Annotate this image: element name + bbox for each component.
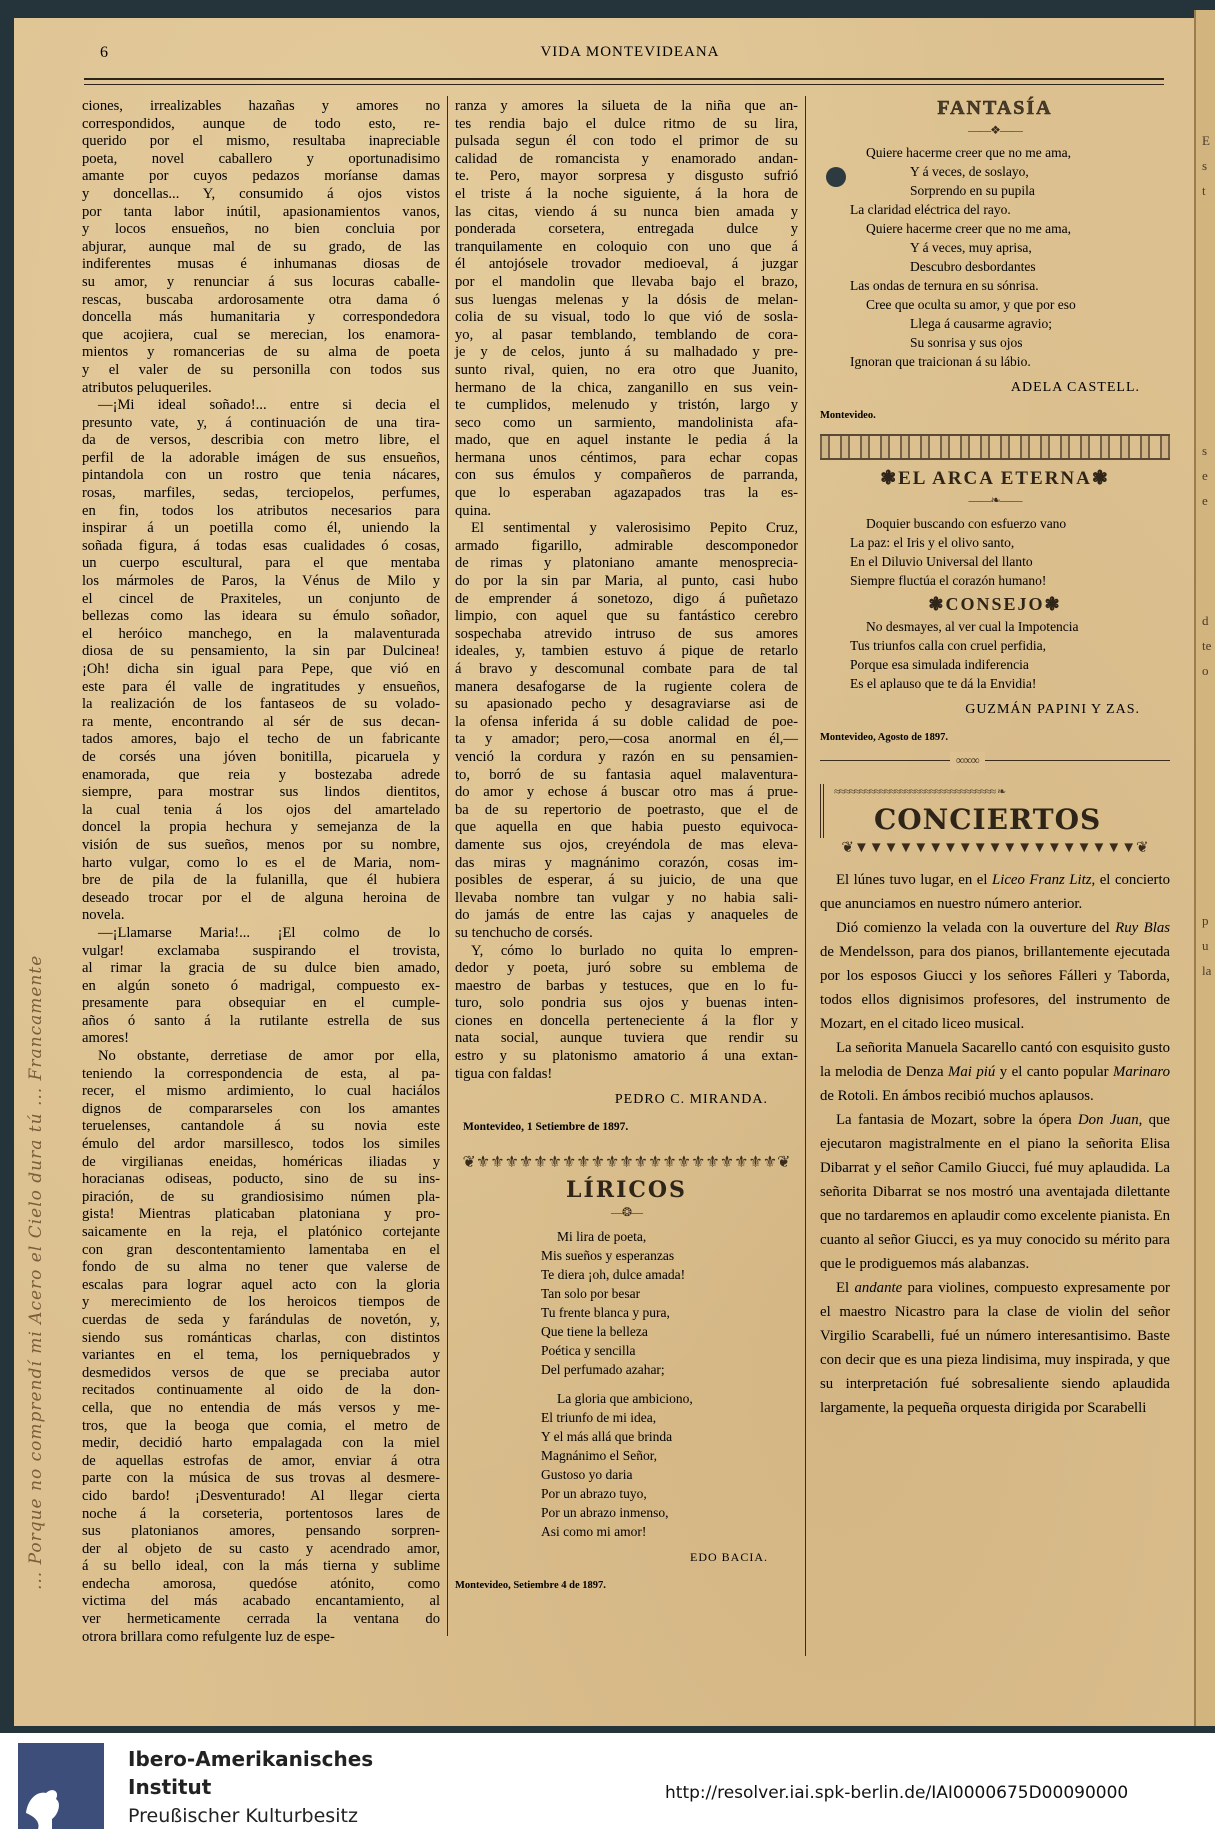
text-line: abjurar, aunque mal de su grado, de las — [82, 239, 440, 257]
conciertos-article: El lúnes tuvo lugar, en el Liceo Franz L… — [820, 868, 1170, 1420]
text-line: No obstante, derretiase de amor por ella… — [82, 1048, 440, 1066]
ornament-divider: ❦▼▼▼▼▼▼▼▼▼▼▼▼▼▼▼▼▼▼▼❦ — [820, 840, 1170, 858]
column-divider-2 — [805, 96, 806, 1656]
text-line: tros, que la beoga que comia, el metro d… — [82, 1418, 440, 1436]
text-line: presamente para obsequiar en el cumple- — [82, 995, 440, 1013]
verse-line: Que tiene la belleza — [541, 1322, 798, 1341]
consejo-dateline: Montevideo, Agosto de 1897. — [820, 729, 1170, 747]
text-line: da de versos, describia con metro libre,… — [82, 432, 440, 450]
text-line: recitados continuamente al oido de la do… — [82, 1382, 440, 1400]
story-continuation: ranza y amores la silueta de la niña que… — [455, 98, 798, 1083]
text-line: te. Pero, mayor sorpresa y disgusto sufr… — [455, 168, 798, 186]
text-line: endecha amorosa, quedóse atónito, como — [82, 1576, 440, 1594]
floral-ornament-band — [820, 434, 1170, 460]
text-line: estro y su platonismo amatorio á una ext… — [455, 1048, 798, 1066]
text-line: deseado trocar por el de alguna heroina … — [82, 890, 440, 908]
verse-line: Tus triunfos calla con cruel perfidia, — [850, 636, 1170, 655]
verse-line: La gloria que ambiciono, — [541, 1389, 798, 1408]
text-line: siendo sus románticas charlas, con disti… — [82, 1330, 440, 1348]
text-line: visión de sus sueños, menos por su nombr… — [82, 837, 440, 855]
paragraph: —¡Mi ideal soñado!... entre si decia elp… — [82, 397, 440, 925]
text-line: un cuerpo escultural, para el que mentab… — [82, 555, 440, 573]
text-line: bre de pila de la fulanilla, que él hubi… — [82, 872, 440, 890]
text-line: ciones en doncella perteneciente á la fl… — [455, 1013, 798, 1031]
text-line: dedor y poeta, juró sobre su emblema de — [455, 960, 798, 978]
verse-line: Magnánimo el Señor, — [541, 1446, 798, 1465]
institution-name-line2: Institut — [128, 1775, 211, 1799]
text-line: los mármoles de Paros, la Vénus de Milo … — [82, 573, 440, 591]
text-line: el triste á la noche siguiente, á la hor… — [455, 186, 798, 204]
verse-line: Y á veces, muy aprisa, — [850, 238, 1170, 257]
text-line: por tanta labor inútil, apasionamientos … — [82, 204, 440, 222]
text-line: de virgilianas eneidas, homéricas iliada… — [82, 1154, 440, 1172]
verse-line: Te diera ¡oh, dulce amada! — [541, 1265, 798, 1284]
verse-line: Siempre fluctúa el corazón humano! — [850, 571, 1170, 590]
story-dateline: Montevideo, 1 Setiembre de 1897. — [455, 1119, 798, 1137]
text-line: do por la sin par Maria, al punto, casi … — [455, 573, 798, 591]
text-line: El sentimental y valerosisimo Pepito Cru… — [455, 520, 798, 538]
text-line: vulgar! exclamaba suspirando el trovista… — [82, 943, 440, 961]
text-line: ciones, irrealizables hazañas y amores n… — [82, 98, 440, 116]
text-line: este para él valle de ingratitudes y ens… — [82, 679, 440, 697]
consejo-signature: GUZMÁN PAPINI Y ZAS. — [820, 701, 1170, 719]
verse-line: En el Diluvio Universal del llanto — [850, 552, 1170, 571]
text-line: seco como un sarmiento, mandolinista afa… — [455, 415, 798, 433]
text-line: maestro de barbas y testuces, que en lo … — [455, 978, 798, 996]
text-line: en algún soneto ó madrigal, compuesto ex… — [82, 978, 440, 996]
article-column-3: FANTASÍA ——❖—— Quiere hacerme creer que … — [820, 98, 1170, 1420]
ornament-divider: ❦⚜⚜⚜⚜⚜⚜⚜⚜⚜⚜⚜⚜⚜⚜⚜⚜⚜⚜⚜⚜⚜❦ — [455, 1154, 798, 1172]
text-line: poeta, novel caballero y oportunadisimo — [82, 151, 440, 169]
text-line: las citas, viendo á su nunca bien amada … — [455, 204, 798, 222]
italic-title: Ruy Blas — [1115, 920, 1170, 936]
verse-line: Poética y sencilla — [541, 1341, 798, 1360]
text-line: años ó santo á la rutilante estrella de … — [82, 1013, 440, 1031]
paragraph: El andante para violines, compuesto expr… — [820, 1276, 1170, 1420]
text-line: victima del más acabado encantamiento, a… — [82, 1593, 440, 1611]
paragraph: El sentimental y valerosisimo Pepito Cru… — [455, 520, 798, 942]
text-line: que lo esperaban agazapados tras la es- — [455, 485, 798, 503]
text-line: ba de su repertorio de poetrasto, que el… — [455, 802, 798, 820]
text-line: el cincel de Praxiteles, un conjunto de — [82, 591, 440, 609]
text-line: él antojósele trovador medioeval, á juzg… — [455, 256, 798, 274]
fantasia-signature: ADELA CASTELL. — [820, 379, 1170, 397]
paragraph: Dió comienzo la velada con la ouverture … — [820, 916, 1170, 1036]
text-line: do jamás de entre las cajas y anaqueles … — [455, 907, 798, 925]
story-signature: PEDRO C. MIRANDA. — [455, 1091, 798, 1109]
paragraph: —¡Llamarse Maria!... ¡El colmo de lovulg… — [82, 925, 440, 1048]
text-line: horacianas odiseas, poducto, sino de su … — [82, 1171, 440, 1189]
text-line: —¡Mi ideal soñado!... entre si decia el — [82, 397, 440, 415]
fantasia-title: FANTASÍA — [820, 100, 1170, 118]
text-line: cuerdas de seda y farándulas de novetón,… — [82, 1312, 440, 1330]
paragraph: ranza y amores la silueta de la niña que… — [455, 98, 798, 520]
verse-line: Asi como mi amor! — [541, 1522, 798, 1541]
verse-line: Y á veces, de soslayo, — [850, 162, 1170, 181]
text-line: bellezas como las ideara su émulo soñado… — [82, 608, 440, 626]
italic-title: Marinaro — [1113, 1064, 1170, 1080]
text-line: je y de celos, junto á su malhadado y pr… — [455, 344, 798, 362]
text-line: de emprender á sonetozo, digo á puñetazo — [455, 591, 798, 609]
conciertos-title: CONCIERTOS — [834, 802, 1170, 838]
paragraph: ciones, irrealizables hazañas y amores n… — [82, 98, 440, 397]
verse-line: Por un abrazo inmenso, — [541, 1503, 798, 1522]
verse-line: Ignoran que traicionan á su lábio. — [850, 352, 1170, 371]
paragraph: El lúnes tuvo lugar, en el Liceo Franz L… — [820, 868, 1170, 916]
text-line: ranza y amores la silueta de la niña que… — [455, 98, 798, 116]
text-line: mientos y romancerias de su alma de poet… — [82, 344, 440, 362]
text-line: gista! Mientras platicaban platoniana y … — [82, 1206, 440, 1224]
text-line: soñada figura, á todas esas cualidades ó… — [82, 538, 440, 556]
verse-line: Quiere hacerme creer que no me ama, — [850, 219, 1170, 238]
text-line: doncella más humanitaria y correspondedo… — [82, 309, 440, 327]
conciertos-header: ≈≈≈≈≈≈≈≈≈≈≈≈≈≈≈≈≈≈≈≈≈≈≈≈≈≈≈≈≈≈≈≈ ❧ CONCI… — [820, 784, 1170, 838]
text-line: armado figarillo, admirable descomponedo… — [455, 538, 798, 556]
text-line: sus platonianos amores, pensando sorpren… — [82, 1523, 440, 1541]
text-line: indiferentes musas é inhumanas diosas de — [82, 256, 440, 274]
article-column-2: ranza y amores la silueta de la niña que… — [455, 98, 798, 1594]
verse-line: Sorprendo en su pupila — [850, 181, 1170, 200]
text-line: amores! — [82, 1030, 440, 1048]
text-line: perfil de la adorable imágen de sus ensu… — [82, 450, 440, 468]
text-line: damente sus ojos, creyéndola de mas elev… — [455, 837, 798, 855]
paragraph: No obstante, derretiase de amor por ella… — [82, 1048, 440, 1646]
text-line: correspondidos, aunque de todo esto, re- — [82, 116, 440, 134]
verse-line: Mi lira de poeta, — [541, 1227, 798, 1246]
page-header: 6 VIDA MONTEVIDEANA — [100, 40, 1160, 70]
verse-line: Y el más allá que brinda — [541, 1427, 798, 1446]
verse-line: Gustoso yo daria — [541, 1465, 798, 1484]
text-line: rosas, marfiles, sedas, terciopelos, per… — [82, 485, 440, 503]
running-title: VIDA MONTEVIDEANA — [100, 44, 1160, 61]
verse-line: Quiere hacerme creer que no me ama, — [850, 143, 1170, 162]
text-line: al rimar la gracia de su dulce bien amad… — [82, 960, 440, 978]
text-line: y el valer de su personilla con todos su… — [82, 362, 440, 380]
text-line: llevaba nombre tan vulgar y no habia sal… — [455, 890, 798, 908]
text-line: dignos de compararseles con los amantes — [82, 1101, 440, 1119]
text-line: querido por el mismo, resultaba inapreci… — [82, 133, 440, 151]
text-line: ra mente, encontrando al sér de sus deca… — [82, 714, 440, 732]
text-line: tados amores, bajo el techo de un fabric… — [82, 731, 440, 749]
eagle-icon — [18, 1743, 104, 1829]
text-line: teniendo la correspondencia de esta, al … — [82, 1066, 440, 1084]
handwritten-margin-note: ... Porque no comprendí mi Acero el Ciel… — [26, 955, 46, 1590]
text-line: medir, decidió harto empalagada con la m… — [82, 1435, 440, 1453]
arca-eterna-poem: Doquier buscando con esfuerzo vanoLa paz… — [820, 514, 1170, 590]
text-line: su apasionado pecho y desagraviarse asi … — [455, 696, 798, 714]
text-line: mado, que en aquel instante le pedia á l… — [455, 432, 798, 450]
text-line: manera desafogarse de la rugiente colera… — [455, 679, 798, 697]
text-line: ¡Oh! dicha sin igual para Pepe, que vió … — [82, 661, 440, 679]
text-line: sus luengas melenas y la dósis de melan- — [455, 292, 798, 310]
paragraph: La fantasia de Mozart, sobre la ópera Do… — [820, 1108, 1170, 1276]
italic-title: Liceo Franz Litz — [992, 872, 1092, 888]
text-line: escalas para lograr aquel acto con la gl… — [82, 1277, 440, 1295]
italic-title: andante — [854, 1280, 902, 1296]
text-line: su tenchucho de corsés. — [455, 925, 798, 943]
verse-line: Las ondas de ternura en su sónrisa. — [850, 276, 1170, 295]
stanza: Mi lira de poeta,Mis sueños y esperanzas… — [455, 1227, 798, 1379]
verse-line: Llega á causarme agravio; — [850, 314, 1170, 333]
text-line: Y, cómo lo burlado no quita lo empren- — [455, 943, 798, 961]
text-line: y locos ensueños, no bien concluia por — [82, 221, 440, 239]
wave-divider: ∞∞∞ — [820, 760, 1170, 762]
text-line: de aquellas estrofas de amor, enviar á o… — [82, 1453, 440, 1471]
text-line: ta y amador; pero,—cosa anormal en él,— — [455, 731, 798, 749]
text-line: atributos peluqueriles. — [82, 380, 440, 398]
text-line: cido bardo! ¡Desventurado! Al llegar cie… — [82, 1488, 440, 1506]
text-line: la cual tenia á los ojos del amartelado — [82, 802, 440, 820]
text-line: fondo de su alma no tener que valerse de — [82, 1259, 440, 1277]
text-line: calidad de romancista y enamorado andan- — [455, 151, 798, 169]
verse-line: La paz: el Iris y el olivo santo, — [850, 533, 1170, 552]
text-line: en fin, todos los atributos necesarios p… — [82, 503, 440, 521]
institution-logo — [18, 1743, 104, 1829]
paragraph: Y, cómo lo burlado no quita lo empren-de… — [455, 943, 798, 1084]
paragraph: La señorita Manuela Sacarello cantó con … — [820, 1036, 1170, 1108]
adjacent-page-edge: Est see dteo pula — [1194, 10, 1215, 1726]
arca-eterna-title: ❃EL ARCA ETERNA❃ — [820, 470, 1170, 488]
text-line: piración, de su grandiosisimo númen pla- — [82, 1189, 440, 1207]
fantasia-dateline: Montevideo. — [820, 407, 1170, 425]
verse-line: Cree que oculta su amor, y que por eso — [850, 295, 1170, 314]
verse-line: El triunfo de mi idea, — [541, 1408, 798, 1427]
institution-name-line3: Preußischer Kulturbesitz — [128, 1805, 358, 1827]
text-line: á su bello ideal, con la más tierna y su… — [82, 1558, 440, 1576]
text-line: hermano de la chica, zanganillo en sus v… — [455, 380, 798, 398]
italic-title: Mai piú — [948, 1064, 995, 1080]
ornament-row: ≈≈≈≈≈≈≈≈≈≈≈≈≈≈≈≈≈≈≈≈≈≈≈≈≈≈≈≈≈≈≈≈ ❧ — [834, 784, 1170, 802]
text-line: teruelenses, cantandole á su novia este — [82, 1118, 440, 1136]
text-line: la realización de los fantaseos de su vo… — [82, 696, 440, 714]
verse-line: Por un abrazo tuyo, — [541, 1484, 798, 1503]
text-line: tigua con faldas! — [455, 1066, 798, 1084]
verse-line: La claridad eléctrica del rayo. — [850, 200, 1170, 219]
text-line: la ofensa inferida á su doble calidad de… — [455, 714, 798, 732]
verse-line: Porque esa simulada indiferencia — [850, 655, 1170, 674]
text-line: tes rendia bajo el dulce ritmo de su lir… — [455, 116, 798, 134]
text-line: á bravo y descomunal combate para de tal — [455, 661, 798, 679]
text-line: con gran descontentamiento lamentaba en … — [82, 1242, 440, 1260]
text-line: y merecimiento de los heroicos tiempos d… — [82, 1294, 440, 1312]
text-line: su amor, y renunciar á sus locuras cabal… — [82, 274, 440, 292]
verse-line: Doquier buscando con esfuerzo vano — [850, 514, 1170, 533]
text-line: el heróico manchego, en la malaventurada — [82, 626, 440, 644]
verse-line: Tan solo por besar — [541, 1284, 798, 1303]
fantasia-poem: Quiere hacerme creer que no me ama,Y á v… — [820, 143, 1170, 371]
text-line: desmedidos versos de que se preciaba aut… — [82, 1365, 440, 1383]
text-line: émulo del ardor marsillesco, todos los s… — [82, 1136, 440, 1154]
resolver-url-link[interactable]: http://resolver.iai.spk-berlin.de/IAI000… — [665, 1783, 1128, 1803]
liricos-signature: EDO BACIA. — [455, 1549, 798, 1567]
text-line: nata social, aunque tuviera que rendir s… — [455, 1030, 798, 1048]
text-line: —¡Llamarse Maria!... ¡El colmo de lo — [82, 925, 440, 943]
fleuron-icon: ——❧—— — [820, 492, 1170, 510]
text-line: amante por cuyos pedazos moríanse damas — [82, 168, 440, 186]
verse-line: Mis sueños y esperanzas — [541, 1246, 798, 1265]
text-line: quina. — [455, 503, 798, 521]
text-line: rescas, buscaba ardorosamente otra dama … — [82, 292, 440, 310]
liricos-poem: Mi lira de poeta,Mis sueños y esperanzas… — [455, 1227, 798, 1541]
text-line: venció la cordura y razón en su pensamie… — [455, 749, 798, 767]
verse-line: Del perfumado azahar; — [541, 1360, 798, 1379]
text-line: variantes en el tema, los perniquebrados… — [82, 1347, 440, 1365]
text-line: limpio, con aquel que su fantástico cere… — [455, 608, 798, 626]
text-line: ponderada corsetera, entregada dulce y — [455, 221, 798, 239]
text-line: de corsés una jóven bonitilla, picaruela… — [82, 749, 440, 767]
text-line: novela. — [82, 907, 440, 925]
consejo-poem: No desmayes, al ver cual la ImpotenciaTu… — [820, 617, 1170, 693]
text-line: y doncellas... Y, consumido á ojos visto… — [82, 186, 440, 204]
text-line: saicamente en la reja, el platónico cort… — [82, 1224, 440, 1242]
text-line: doncel la propia hechura y semejanza de … — [82, 819, 440, 837]
fleuron-icon: —❂— — [455, 1204, 798, 1222]
consejo-title: ❃CONSEJO❃ — [820, 596, 1170, 614]
italic-title: Don Juan — [1078, 1112, 1139, 1128]
text-line: pulsada segun él con todo el primor de s… — [455, 133, 798, 151]
text-line: otrora brillara como refulgente luz de e… — [82, 1629, 440, 1647]
text-line: das miras y magnánimo corazón, cosas im- — [455, 855, 798, 873]
stanza: La gloria que ambiciono,El triunfo de mi… — [455, 1389, 798, 1541]
text-line: cella, que no entendia de más versos y m… — [82, 1400, 440, 1418]
institution-name-line1: Ibero-Amerikanisches — [128, 1747, 373, 1771]
text-line: inspirar á un poetilla como él, uniendo … — [82, 520, 440, 538]
verse-line: Es el aplauso que te dá la Envidia! — [850, 674, 1170, 693]
text-line: ideales, y, tambien estuvo á pique de re… — [455, 643, 798, 661]
verse-line: Tu frente blanca y pura, — [541, 1303, 798, 1322]
verse-line: No desmayes, al ver cual la Impotencia — [850, 617, 1170, 636]
text-line: presunto vate, y, á continuación de una … — [82, 415, 440, 433]
text-line: enamorada, que reia y bostezaba adrede — [82, 767, 440, 785]
text-line: que aquella en que habia puesto equivoca… — [455, 819, 798, 837]
liricos-title: LÍRICOS — [455, 1182, 798, 1200]
text-line: sospechaba atrevido intruso de sus amore… — [455, 626, 798, 644]
header-rule — [84, 78, 1164, 85]
text-line: que acojiera, cual se merecian, los enam… — [82, 327, 440, 345]
text-line: noche á la corseteria, portentosos lares… — [82, 1506, 440, 1524]
verse-line: Su sonrisa y sus ojos — [850, 333, 1170, 352]
text-line: yo, al pasar temblando, temblando de cor… — [455, 327, 798, 345]
text-line: colia de su visual, todo lo que vió de s… — [455, 309, 798, 327]
text-line: sunto rival, quien, no era otro que Juan… — [455, 362, 798, 380]
text-line: der al objeto de su casto y acendrado am… — [82, 1541, 440, 1559]
fleuron-icon: ——❖—— — [820, 122, 1170, 140]
text-line: to, borró de su fantasia aquel malaventu… — [455, 767, 798, 785]
text-line: do amor y echose á buscar otro mas á pru… — [455, 784, 798, 802]
text-line: parte con la música de sus trovas al des… — [82, 1470, 440, 1488]
text-line: posibles de esperar, á su juicio, de una… — [455, 872, 798, 890]
verse-line: Descubro desbordantes — [850, 257, 1170, 276]
text-line: siempre, para mostrar sus lindos dientit… — [82, 784, 440, 802]
text-line: de rimas y platoniano amante menosprecia… — [455, 555, 798, 573]
text-line: hermana unos céntimos, para echar copas — [455, 450, 798, 468]
text-line: pintandola con un rostro que tenia nácar… — [82, 467, 440, 485]
text-line: diosa de su pensamiento, la sin par Dulc… — [82, 643, 440, 661]
text-line: ver hermeticamente cerrada la ventana do — [82, 1611, 440, 1629]
column-divider-1 — [447, 96, 448, 1636]
text-line: harto vulgar, como lo es el de Maria, no… — [82, 855, 440, 873]
text-line: recer, el mismo ardimiento, lo cual haci… — [82, 1083, 440, 1101]
institution-footer: Ibero-Amerikanisches Institut Preußische… — [0, 1733, 1215, 1836]
article-column-1: ciones, irrealizables hazañas y amores n… — [82, 98, 440, 1646]
text-line: con sus émulos y compañeros de parranda, — [455, 467, 798, 485]
text-line: turo, solo pondria sus ojos y buenas int… — [455, 995, 798, 1013]
liricos-dateline: Montevideo, Setiembre 4 de 1897. — [455, 1577, 798, 1595]
text-line: tranquilamente en coloquio con uno que á — [455, 239, 798, 257]
text-line: por el mandolin que llevaba bajo el braz… — [455, 274, 798, 292]
text-line: te cumplidos, melenudo y tristón, largo … — [455, 397, 798, 415]
